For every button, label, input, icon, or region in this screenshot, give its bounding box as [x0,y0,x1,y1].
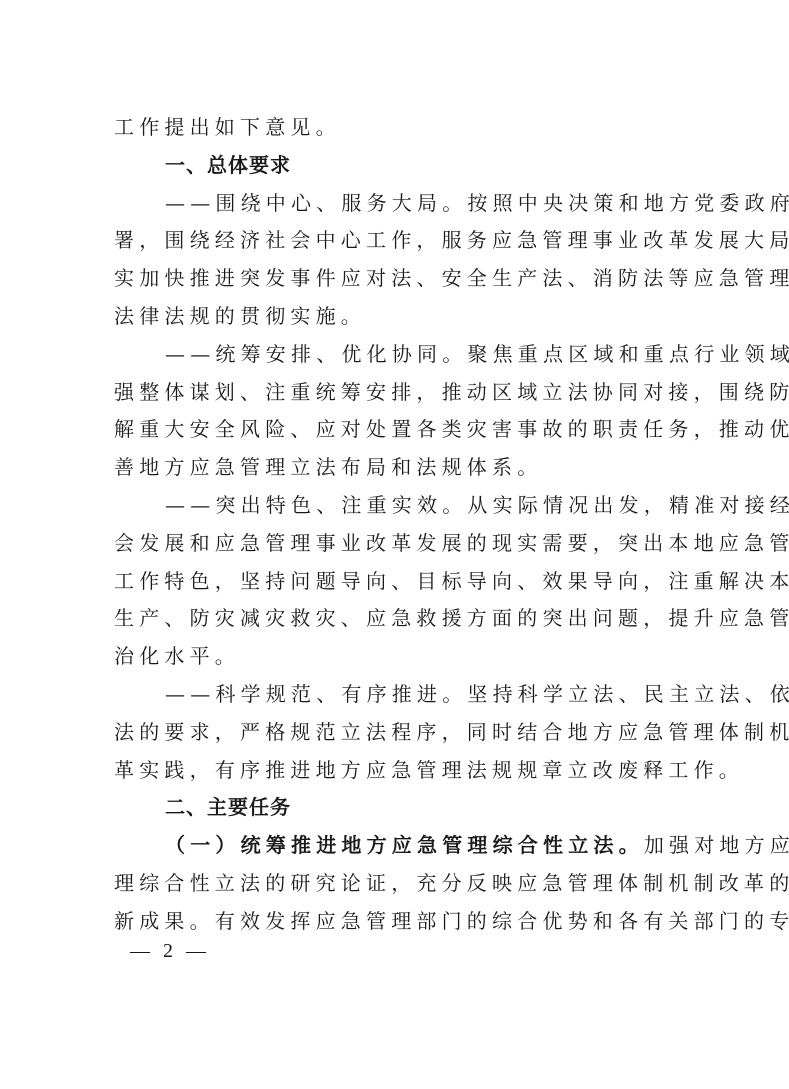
text-line: （一）统筹推进地方应急管理综合性立法。加强对地方应急管 [114,827,680,865]
section-heading-main-tasks: 二、主要任务 [114,789,680,827]
text-line: 理综合性立法的研究论证，充分反映应急管理体制机制改革的最 [114,865,680,903]
section-heading-general-requirements: 一、总体要求 [114,147,680,185]
subsection-title: （一）统筹推进地方应急管理综合性立法。 [165,833,644,857]
document-page: 工作提出如下意见。 一、总体要求 ——围绕中心、服务大局。按照中央决策和地方党委… [114,109,680,941]
text-line: ——突出特色、注重实效。从实际情况出发，精准对接经济社 [114,487,680,525]
text-line: ——围绕中心、服务大局。按照中央决策和地方党委政府部 [114,185,680,223]
text-line: 工作提出如下意见。 [114,109,680,147]
text-line: 实加快推进突发事件应对法、安全生产法、消防法等应急管理领域 [114,260,680,298]
text-line: 生产、防灾减灾救灾、应急救援方面的突出问题，提升应急管理法 [114,600,680,638]
text-line: 治化水平。 [114,638,680,676]
text-line: 强整体谋划、注重统筹安排，推动区域立法协同对接，围绕防范化 [114,374,680,412]
text-line: 法律法规的贯彻实施。 [114,298,680,336]
text-span: 加强对地方应急管 [644,833,789,857]
text-line: 善地方应急管理立法布局和法规体系。 [114,449,680,487]
page-number: — 2 — [130,940,210,963]
text-line: ——统筹安排、优化协同。聚焦重点区域和重点行业领域，加 [114,336,680,374]
text-line: 法的要求，严格规范立法程序，同时结合地方应急管理体制机制改 [114,714,680,752]
text-line: 会发展和应急管理事业改革发展的现实需要，突出本地应急管理 [114,525,680,563]
text-line: 工作特色，坚持问题导向、目标导向、效果导向，注重解决本地安全 [114,563,680,601]
text-line: ——科学规范、有序推进。坚持科学立法、民主立法、依法立 [114,676,680,714]
text-line: 新成果。有效发挥应急管理部门的综合优势和各有关部门的专业 [114,903,680,941]
text-line: 革实践，有序推进地方应急管理法规规章立改废释工作。 [114,752,680,790]
text-line: 署，围绕经济社会中心工作，服务应急管理事业改革发展大局，切 [114,222,680,260]
text-line: 解重大安全风险、应对处置各类灾害事故的职责任务，推动优化完 [114,411,680,449]
